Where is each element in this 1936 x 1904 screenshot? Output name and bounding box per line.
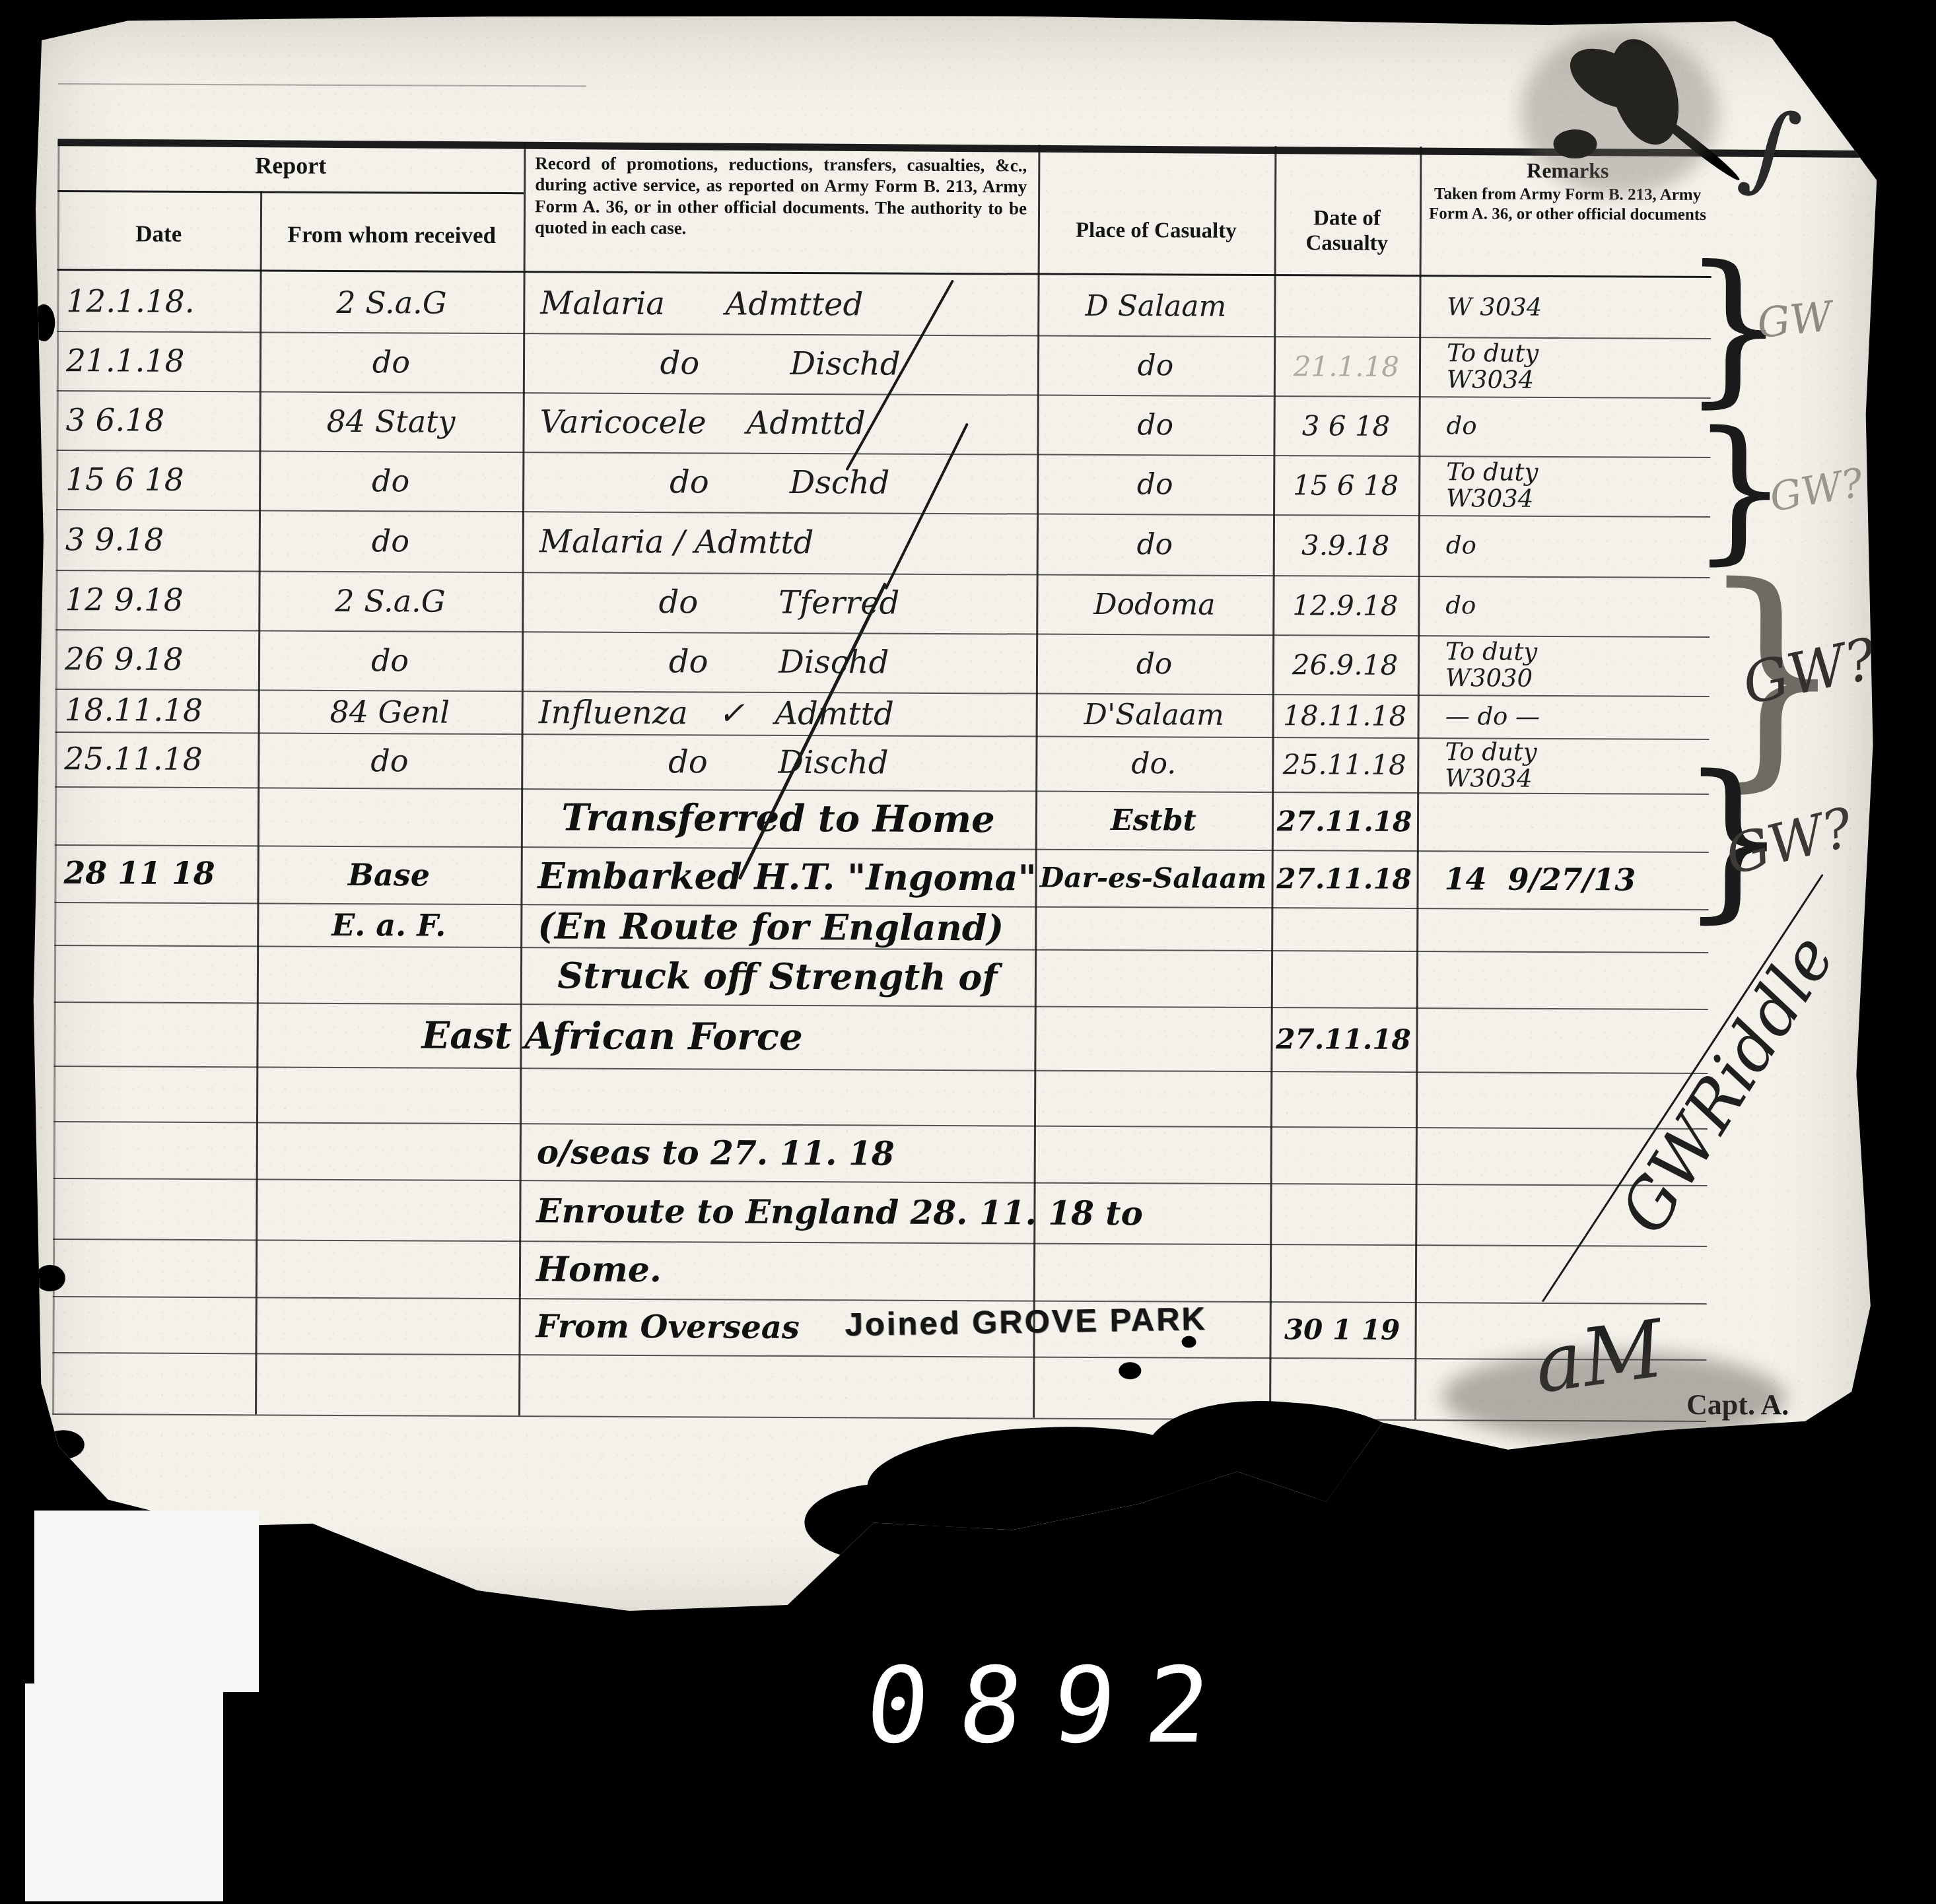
table-row: 25.11.18 do do Dischd do. 25.11.18 To du…: [55, 731, 1709, 795]
table-row: 3 9.18 do Malaria / Admttd do 3.9.18 do: [56, 509, 1710, 578]
record-cell: (En Route for England): [520, 904, 1052, 949]
margin-note: GW: [1755, 292, 1834, 347]
report-date-cell: 21.1.18: [57, 331, 269, 391]
record-cell: Enroute to England 28. 11. 18 to: [519, 1180, 1196, 1243]
ink-blot: [804, 1483, 977, 1563]
record-cell: Home.: [519, 1241, 1051, 1301]
table-row: Struck off Strength of: [54, 945, 1708, 1010]
table-row: Transferred to Home Estbt 27.11.18: [55, 786, 1709, 853]
ink-smudge: [1520, 30, 1719, 196]
table-row: o/seas to 27. 11. 18: [53, 1121, 1708, 1186]
top-faint-rule: [58, 83, 586, 86]
record-cell: do Dischd: [523, 333, 1037, 394]
from-cell: do: [258, 630, 522, 691]
edge-smudge: [1442, 1350, 1786, 1444]
header-date-of-casualty: Date of Casualty: [1281, 206, 1413, 257]
casualty-date-cell: [1274, 277, 1419, 337]
casualty-date-cell: 21.1.18: [1274, 336, 1419, 396]
place-cell: Dodoma: [1036, 574, 1272, 635]
frame-counter: 0892: [860, 1645, 1245, 1767]
table-row: 12.1.18. 2 S.a.G Malaria Admtted D Salaa…: [57, 271, 1711, 339]
casualty-date-cell: 25.11.18: [1272, 737, 1417, 792]
place-cell: do: [1037, 454, 1273, 515]
header-place-of-casualty: Place of Casualty: [1045, 219, 1268, 244]
casualty-date-cell: 3.9.18: [1273, 514, 1418, 576]
ink-speck: [42, 1430, 85, 1459]
header-from-whom-received: From whom received: [260, 221, 524, 249]
header-date: Date: [57, 221, 260, 248]
record-cell: Influenza ✓ Admttd: [522, 691, 1053, 736]
place-cell: do: [1037, 514, 1273, 576]
scanner-white-patch: [25, 1683, 223, 1901]
report-date-cell: 26 9.18: [55, 629, 267, 689]
record-cell: Varicocele Admttd: [522, 392, 1054, 454]
report-date-cell: 12.1.18.: [57, 271, 269, 331]
ink-speck: [1182, 1336, 1196, 1348]
place-cell: D Salaam: [1037, 276, 1274, 337]
table-row: Home.: [53, 1239, 1707, 1305]
from-cell: do: [259, 510, 522, 572]
remarks-cell: — do —: [1418, 695, 1737, 739]
document-page: Report Date From whom received Record of…: [22, 11, 1878, 1629]
place-cell: do: [1037, 395, 1273, 456]
from-cell: 2 S.a.G: [259, 272, 523, 333]
table-row: 12 9.18 2 S.a.G do Tferred Dodoma 12.9.1…: [55, 570, 1710, 638]
table-row: 28 11 18 Base Embarked H.T. "Ingoma" Dar…: [54, 844, 1708, 910]
casualty-date-cell: 30 1 19: [1269, 1301, 1414, 1358]
from-cell: 2 S.a.G: [258, 570, 522, 631]
place-cell: do.: [1035, 736, 1272, 792]
casualty-date-cell: 27.11.18: [1271, 850, 1416, 908]
casualty-date-cell: 3 6 18: [1273, 395, 1418, 456]
report-date-cell: 12 9.18: [55, 570, 267, 630]
place-cell: do: [1036, 634, 1272, 695]
casualty-date-cell: 26.9.18: [1272, 634, 1418, 695]
from-cell: E. a. F.: [257, 902, 520, 947]
scanner-white-patch: [34, 1511, 259, 1692]
report-date-cell: 3 6.18: [56, 390, 268, 450]
report-date-cell: 18.11.18: [55, 689, 267, 732]
table-row: 21.1.18 do do Dischd do 21.1.18 To duty …: [57, 331, 1711, 399]
ink-speck: [1119, 1362, 1141, 1379]
header-remarks-subtitle: Taken from Army Form B. 213, Army Form A…: [1426, 184, 1709, 224]
from-cell: do: [259, 331, 523, 392]
from-cell: 84 Staty: [259, 391, 522, 452]
record-cell: o/seas to 27. 11. 18: [520, 1123, 1051, 1182]
from-cell: Base: [257, 845, 520, 904]
ink-swirl: ∫: [1733, 86, 1808, 210]
place-cell: do: [1037, 335, 1274, 396]
table-row: 26 9.18 do do Dischd do 26.9.18 To duty …: [55, 629, 1710, 697]
record-cell: do Dischd: [521, 733, 1035, 790]
record-cell: Embarked H.T. "Ingoma": [520, 846, 1052, 906]
ink-blot: [1316, 1448, 1541, 1548]
record-cell: do Tferred: [522, 572, 1036, 633]
header-record-description: Record of promotions, reductions, transf…: [535, 153, 1027, 240]
remarks-cell: To duty W3030: [1418, 635, 1737, 696]
record-cell: Struck off Strength of: [520, 947, 1035, 1005]
table-row: 15 6 18 do do Dschd do 15 6 18 To duty W…: [56, 450, 1710, 518]
casualty-date-cell: 15 6 18: [1273, 455, 1418, 515]
ink-speck: [35, 1265, 65, 1291]
record-cell: Malaria / Admttd: [522, 511, 1054, 574]
report-underline: [57, 190, 524, 194]
report-date-cell: 3 9.18: [56, 509, 268, 570]
report-date-cell: 15 6 18: [56, 450, 268, 510]
casualty-date-cell: 27.11.18: [1270, 1007, 1416, 1071]
table-row: Enroute to England 28. 11. 18 to: [53, 1178, 1707, 1247]
casualty-date-cell: 18.11.18: [1272, 694, 1418, 737]
casualty-date-cell: 12.9.18: [1272, 575, 1418, 635]
grove-park-stamp: Joined GROVE PARK: [845, 1301, 1207, 1343]
place-cell: Estbt: [1035, 791, 1272, 850]
from-cell: do: [259, 450, 522, 511]
record-cell: East African Force: [355, 1003, 869, 1069]
place-cell: D'Salaam: [1036, 693, 1272, 737]
place-cell: Dar-es-Salaam: [1035, 849, 1271, 908]
report-date-cell: 25.11.18: [55, 731, 267, 787]
ink-speck: [32, 304, 55, 341]
header-report: Report: [57, 151, 524, 180]
record-cell: do Dischd: [522, 631, 1036, 693]
record-cell: do Dschd: [522, 452, 1037, 513]
remarks-cell: do: [1418, 576, 1737, 636]
scanner-background: Report Date From whom received Record of…: [0, 0, 1936, 1904]
casualty-date-cell: 27.11.18: [1272, 792, 1417, 850]
table-row: East African Force 27.11.18: [53, 1002, 1708, 1074]
from-cell: do: [258, 732, 521, 788]
from-cell: 84 Genl: [258, 689, 522, 733]
report-date-cell: 28 11 18: [54, 844, 266, 902]
record-cell: Malaria Admtted: [523, 273, 1054, 335]
table-row: [53, 1066, 1708, 1130]
